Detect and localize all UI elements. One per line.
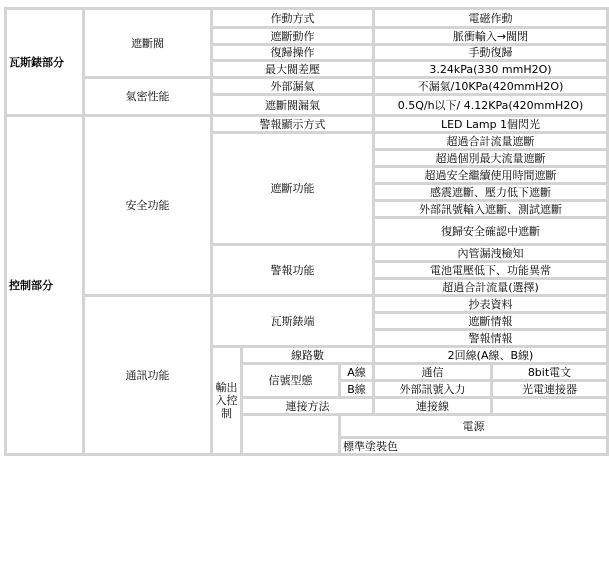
item-value: 0.5Q/h以下/ 4.12KPa(420mmH2O) — [374, 95, 608, 116]
shutoff-function-value: 復歸安全確認中遮斷 — [374, 218, 608, 245]
meter-side-label: 瓦斯錶端 — [212, 296, 374, 347]
shutoff-function-value: 超過安全繼續使用時間遮斷 — [374, 167, 608, 184]
communication-function-label: 通訊功能 — [84, 296, 212, 455]
shutoff-function-value: 外部訊號輸入遮斷、測試遮斷 — [374, 201, 608, 218]
item-label: 連接方法 — [242, 398, 374, 415]
item-label: 遮斷動作 — [212, 28, 374, 45]
safety-function-label: 安全功能 — [84, 116, 212, 296]
shutoff-function-value: 超過個別最大流量遮斷 — [374, 150, 608, 167]
signal-type-label: 信號型態 — [242, 364, 340, 398]
line-a-type: 通信 — [374, 364, 492, 381]
line-a-detail: 8bit電文 — [492, 364, 608, 381]
power-label: 電源 — [340, 415, 608, 438]
shutoff-valve-label: 遮斷閥 — [84, 9, 212, 78]
section-other-label — [242, 415, 340, 455]
meter-side-value: 抄表資料 — [374, 296, 608, 313]
item-value: 3.24kPa(330 mmH2O) — [374, 61, 608, 78]
line-b-type: 外部訊號入力 — [374, 381, 492, 398]
alarm-function-label: 警報功能 — [212, 245, 374, 296]
io-control-label: 輸出入控制 — [212, 347, 242, 455]
section-gas-meter-label: 瓦斯錶部分 — [6, 9, 84, 116]
item-label: 最大閥差壓 — [212, 61, 374, 78]
item-label: 作動方式 — [212, 9, 374, 28]
item-label: 復歸操作 — [212, 45, 374, 61]
item-value: 連接線 — [374, 398, 492, 415]
airtightness-label: 氣密性能 — [84, 78, 212, 116]
item-value: 不漏氣/10KPa(420mmH2O) — [374, 78, 608, 95]
shutoff-function-label: 遮斷功能 — [212, 133, 374, 245]
alarm-function-value: 超過合計流量(選擇) — [374, 279, 608, 296]
item-value: 手動復歸 — [374, 45, 608, 61]
item-label: 線路數 — [242, 347, 374, 364]
alarm-function-value: 電池電壓低下、功能異常 — [374, 262, 608, 279]
color-label: 標準塗裝色 — [340, 438, 608, 455]
item-detail — [492, 398, 608, 415]
item-value: 2回線(A線、B線) — [374, 347, 608, 364]
line-b-label: B線 — [340, 381, 374, 398]
item-value: 電磁作動 — [374, 9, 608, 28]
shutoff-function-value: 感震遮斷、壓力低下遮斷 — [374, 184, 608, 201]
item-label: 遮斷閥漏氣 — [212, 95, 374, 116]
line-b-detail: 光電連接器 — [492, 381, 608, 398]
item-label: 警報顯示方式 — [212, 116, 374, 133]
line-a-label: A線 — [340, 364, 374, 381]
item-label: 外部漏氣 — [212, 78, 374, 95]
shutoff-function-value: 超過合計流量遮斷 — [374, 133, 608, 150]
alarm-function-value: 內管漏洩檢知 — [374, 245, 608, 262]
meter-side-value: 警報情報 — [374, 330, 608, 347]
item-value: 脈衝輸入→閥閉 — [374, 28, 608, 45]
section-control-label: 控制部分 — [6, 116, 84, 455]
spec-table: 瓦斯錶部分 遮斷閥 作動方式 電磁作動 遮斷動作 脈衝輸入→閥閉 復歸操作 手動… — [4, 7, 609, 456]
item-value: LED Lamp 1個閃光 — [374, 116, 608, 133]
meter-side-value: 遮斷情報 — [374, 313, 608, 330]
